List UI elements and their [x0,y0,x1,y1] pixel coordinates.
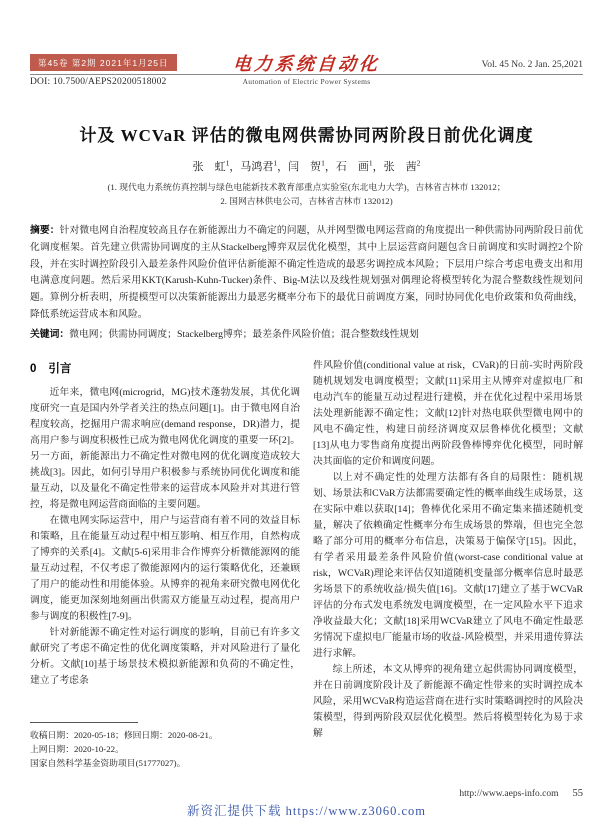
author-separator: ， [277,161,288,173]
footnote-block: 收稿日期：2020-05-18；修回日期：2020-08-21。 上网日期：20… [30,717,300,770]
affiliations: (1. 现代电力系统仿真控制与绿色电能新技术教育部重点实验室(东北电力大学)，吉… [30,181,583,208]
author-separator: ， [373,161,384,173]
journal-logo-cn: 电力系统自动化 [226,55,386,73]
body-columns: 0引言 近年来，微电网(microgrid，MG)技术蓬勃发展，其优化调度研究一… [30,358,583,770]
author: 张 虹1 [193,161,230,173]
right-column: 件风险价值(conditional value at risk，CVaR)的日前… [313,358,583,770]
author: 张 茜2 [384,161,421,173]
keywords-text: 微电网；供需协同调度；Stackelberg博弈；最差条件风险价值；混合整数线性… [69,329,419,340]
journal-header-bottom: DOI: 10.7500/AEPS20200518002 Automation … [30,77,583,87]
footnote-line: 收稿日期：2020-05-18；修回日期：2020-08-21。 [30,728,300,742]
section-title: 引言 [48,363,71,375]
paragraph: 件风险价值(conditional value at risk，CVaR)的日前… [313,358,583,470]
paragraph: 以上对不确定性的处理方法都有各自的局限性：随机规划、场景法和CVaR方法都需要确… [313,470,583,662]
paragraph: 针对新能源不确定性对运行调度的影响，目前已有许多文献研究了考虑不确定性的优化调度… [30,625,300,689]
abstract: 摘要：针对微电网自治程度较高且存在新能源出力不确定的问题，从并网型微电网运营商的… [30,223,583,324]
page-number: 55 [573,788,584,799]
keywords: 关键词：微电网；供需协同调度；Stackelberg博弈；最差条件风险价值；混合… [30,327,583,344]
paragraph: 近年来，微电网(microgrid，MG)技术蓬勃发展，其优化调度研究一直是国内… [30,385,300,513]
author-separator: ， [229,161,240,173]
paragraph: 综上所述，本文从博弈的视角建立起供需协同调度模型，并在日前调度阶段计及了新能源不… [313,662,583,742]
journal-name-en: Automation of Electric Power Systems [243,77,371,86]
download-watermark: 新资汇提供下载 https://www.z3060.com [0,801,613,819]
doi-text: DOI: 10.7500/AEPS20200518002 [30,77,167,87]
footnote-line: 国家自然科学基金资助项目(51777027)。 [30,756,300,770]
author: 闫 贺1 [288,161,325,173]
left-column: 0引言 近年来，微电网(microgrid，MG)技术蓬勃发展，其优化调度研究一… [30,358,300,770]
affiliation-line: (1. 现代电力系统仿真控制与绿色电能新技术教育部重点实验室(东北电力大学)，吉… [30,181,583,195]
paragraph: 在微电网实际运营中，用户与运营商有着不同的效益目标和策略，且在能量互动过程中相互… [30,513,300,625]
issue-info-badge: 第45卷 第2期 2021年1月25日 [30,54,177,71]
section-number: 0 [30,363,36,375]
author-separator: ， [325,161,336,173]
author: 马鸿君1 [240,161,277,173]
affiliation-line: 2. 国网吉林供电公司，吉林省吉林市 132012) [30,195,583,209]
page-footer: http://www.aeps-info.com 55 [459,788,583,799]
volume-info: Vol. 45 No. 2 Jan. 25,2021 [482,60,583,70]
footnote-divider [30,722,138,723]
author: 石 画1 [336,161,373,173]
journal-header-top: 第45卷 第2期 2021年1月25日 电力系统自动化 Vol. 45 No. … [30,54,583,75]
author-line: 张 虹1，马鸿君1，闫 贺1，石 画1，张 茜2 [30,158,583,174]
section-heading-intro: 0引言 [30,360,300,376]
paper-title: 计及 WCVaR 评估的微电网供需协同两阶段日前优化调度 [30,121,583,146]
abstract-text: 针对微电网自治程度较高且存在新能源出力不确定的问题，从并网型微电网运营商的角度提… [30,225,583,320]
footnote-line: 上网日期：2020-10-22。 [30,742,300,756]
abstract-label: 摘要： [30,225,60,236]
keywords-label: 关键词： [30,329,69,340]
journal-url: http://www.aeps-info.com [459,789,558,799]
paper-page: 第45卷 第2期 2021年1月25日 电力系统自动化 Vol. 45 No. … [0,0,613,825]
